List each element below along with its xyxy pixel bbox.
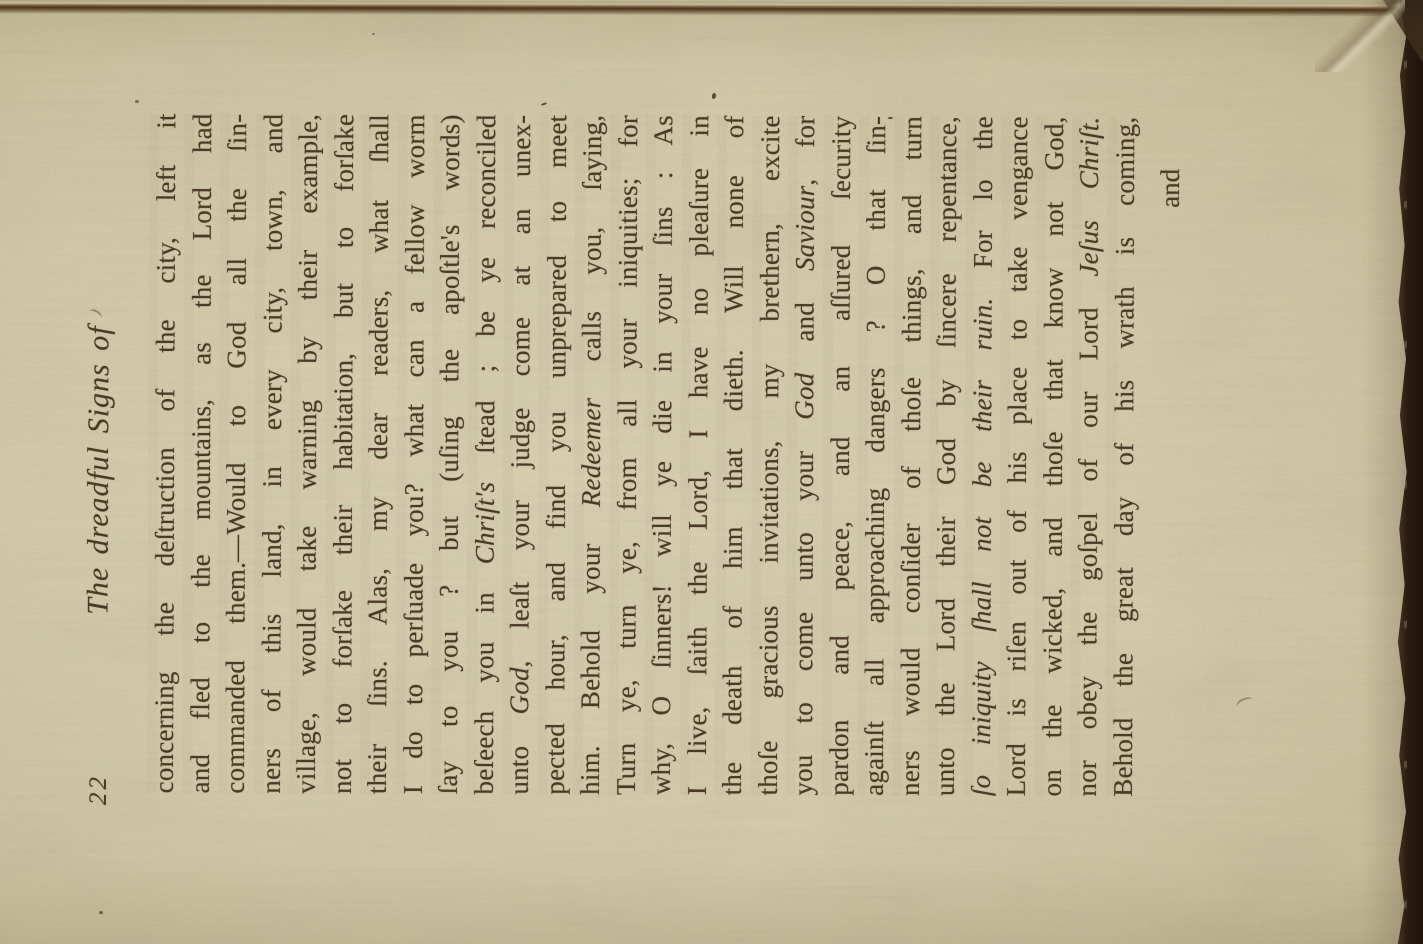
page-top-edge [0, 0, 1423, 17]
text-segment: , leaſt your judge come at an unex- [504, 115, 536, 668]
text-segment: pected hour, and find you unprepared to … [539, 115, 571, 795]
text-line: Turn ye, turn ye, from all your iniquiti… [608, 115, 646, 795]
text-segment: Lord is riſen out of his place to take v… [1001, 116, 1033, 796]
text-segment: not to forſake their habitation, but to … [326, 114, 358, 794]
text-line: ſay to you ? but (uſing the apoſtle's wo… [431, 114, 469, 794]
text-line: unto God, leaſt your judge come at an un… [502, 115, 540, 795]
text-segment: concerning the deſtruction of the city, … [149, 113, 181, 793]
catchword: and [1153, 117, 1186, 797]
text-segment: , for [790, 116, 820, 186]
text-segment: why, O ſinners! will ye die in your ſins… [646, 115, 678, 795]
text-segment: Turn ye, turn ye, from all your iniquiti… [610, 115, 642, 795]
text-line: and fled to the mountains, as the Lord h… [182, 113, 220, 793]
text-segment: I do to perſuade you? what can a fellow … [397, 114, 429, 794]
text-segment: beſeech you in [468, 564, 499, 794]
text-segment: unto [504, 714, 534, 794]
text-segment: Redeemer [576, 398, 606, 508]
text-segment: commanded them.—Would to God all the ſin… [220, 114, 252, 794]
text-line: I live, ſaith the Lord, I have no pleaſu… [679, 115, 717, 795]
text-line: concerning the deſtruction of the city, … [147, 113, 185, 793]
page-content: 22 The dreadful Signs of concerning the … [0, 0, 1423, 944]
text-segment: I live, ſaith the Lord, I have no pleaſu… [681, 115, 713, 795]
text-line: you to come unto your God and Saviour, f… [786, 116, 824, 796]
text-line: pected hour, and find you unprepared to … [537, 115, 575, 795]
text-segment: ſo iniquity ſhall not be their ruin. [965, 298, 997, 797]
scanned-book-page: 22 The dreadful Signs of concerning the … [0, 0, 1423, 944]
text-segment: Chriſt's [469, 482, 499, 565]
paper-speck [99, 911, 103, 914]
text-line: why, O ſinners! will ye die in your ſins… [644, 115, 682, 795]
text-segment: thoſe gracious invitations, my brethern,… [752, 115, 784, 795]
text-segment: nor obey the goſpel of our Lord [1072, 276, 1104, 796]
text-segment: God [789, 373, 819, 420]
text-line: commanded them.—Would to God all the ſin… [218, 114, 256, 794]
text-segment: unto the Lord their God by ſincere repen… [930, 116, 962, 796]
text-line: ſo iniquity ſhall not be their ruin. For… [963, 116, 1001, 796]
text-segment: Jeſus Chriſt. [1074, 117, 1105, 277]
text-line: not to forſake their habitation, but to … [324, 114, 362, 794]
text-segment: Behold the great day of his wrath is com… [1107, 117, 1139, 797]
text-line: ners would conſider of thoſe things, and… [892, 116, 930, 796]
text-segment: For lo the [967, 116, 998, 298]
text-segment: Saviour [790, 186, 820, 272]
text-line: I do to perſuade you? what can a fellow … [395, 114, 433, 794]
paper-speck [888, 117, 893, 119]
text-line: pardon and peace, and an aſſured ſecurit… [821, 116, 859, 796]
text-line: their ſins. Alas, my dear readers, what … [360, 114, 398, 794]
text-segment: on the wicked, and thoſe that know not G… [1036, 116, 1068, 796]
text-line: village, would take warning by their exa… [289, 114, 327, 794]
running-header: The dreadful Signs of [80, 0, 117, 942]
paper-speck [372, 33, 375, 35]
text-segment: calls you, ſaying, [576, 115, 607, 398]
text-line: on the wicked, and thoſe that know not G… [1034, 116, 1072, 796]
text-segment: God [504, 667, 534, 714]
text-segment: the death of him that dieth. Will none o… [717, 115, 749, 795]
book-page-paper: 22 The dreadful Signs of concerning the … [0, 0, 1423, 944]
text-line: Lord is riſen out of his place to take v… [999, 116, 1037, 796]
text-line: nor obey the goſpel of our Lord Jeſus Ch… [1070, 117, 1108, 797]
text-line: the death of him that dieth. Will none o… [715, 115, 753, 795]
text-segment: you to come unto your [788, 420, 819, 796]
top-right-corner-fold [1315, 0, 1405, 72]
text-segment: village, would take warning by their exa… [291, 114, 323, 794]
text-segment: againſt all approaching dangers ? O that… [859, 116, 891, 796]
text-line: ners of this land, in every city, town, … [253, 114, 291, 794]
text-segment: their ſins. Alas, my dear readers, what … [362, 114, 394, 794]
text-segment: pardon and peace, and an aſſured ſecurit… [823, 116, 855, 796]
right-edge-cracks [1404, 0, 1407, 944]
text-line: againſt all approaching dangers ? O that… [857, 116, 895, 796]
text-segment: and [789, 271, 819, 373]
text-line: unto the Lord their God by ſincere repen… [928, 116, 966, 796]
text-segment: ſtead ; be ye reconciled [469, 114, 500, 481]
text-line: him. Behold your Redeemer calls you, ſay… [573, 115, 611, 795]
paper-speck [135, 100, 139, 103]
text-line: Behold the great day of his wrath is com… [1105, 117, 1143, 797]
text-segment: ſay to you ? but (uſing the apoſtle's wo… [433, 114, 465, 794]
body-text-block: concerning the deſtruction of the city, … [147, 113, 1143, 796]
text-line: thoſe gracious invitations, my brethern,… [750, 115, 788, 795]
text-segment: and fled to the mountains, as the Lord h… [184, 113, 216, 793]
text-line: beſeech you in Chriſt's ſtead ; be ye re… [466, 114, 504, 794]
text-segment: ners would conſider of thoſe things, and… [894, 116, 926, 796]
text-segment: ners of this land, in every city, town, … [255, 114, 287, 794]
text-segment: him. Behold your [575, 507, 606, 795]
